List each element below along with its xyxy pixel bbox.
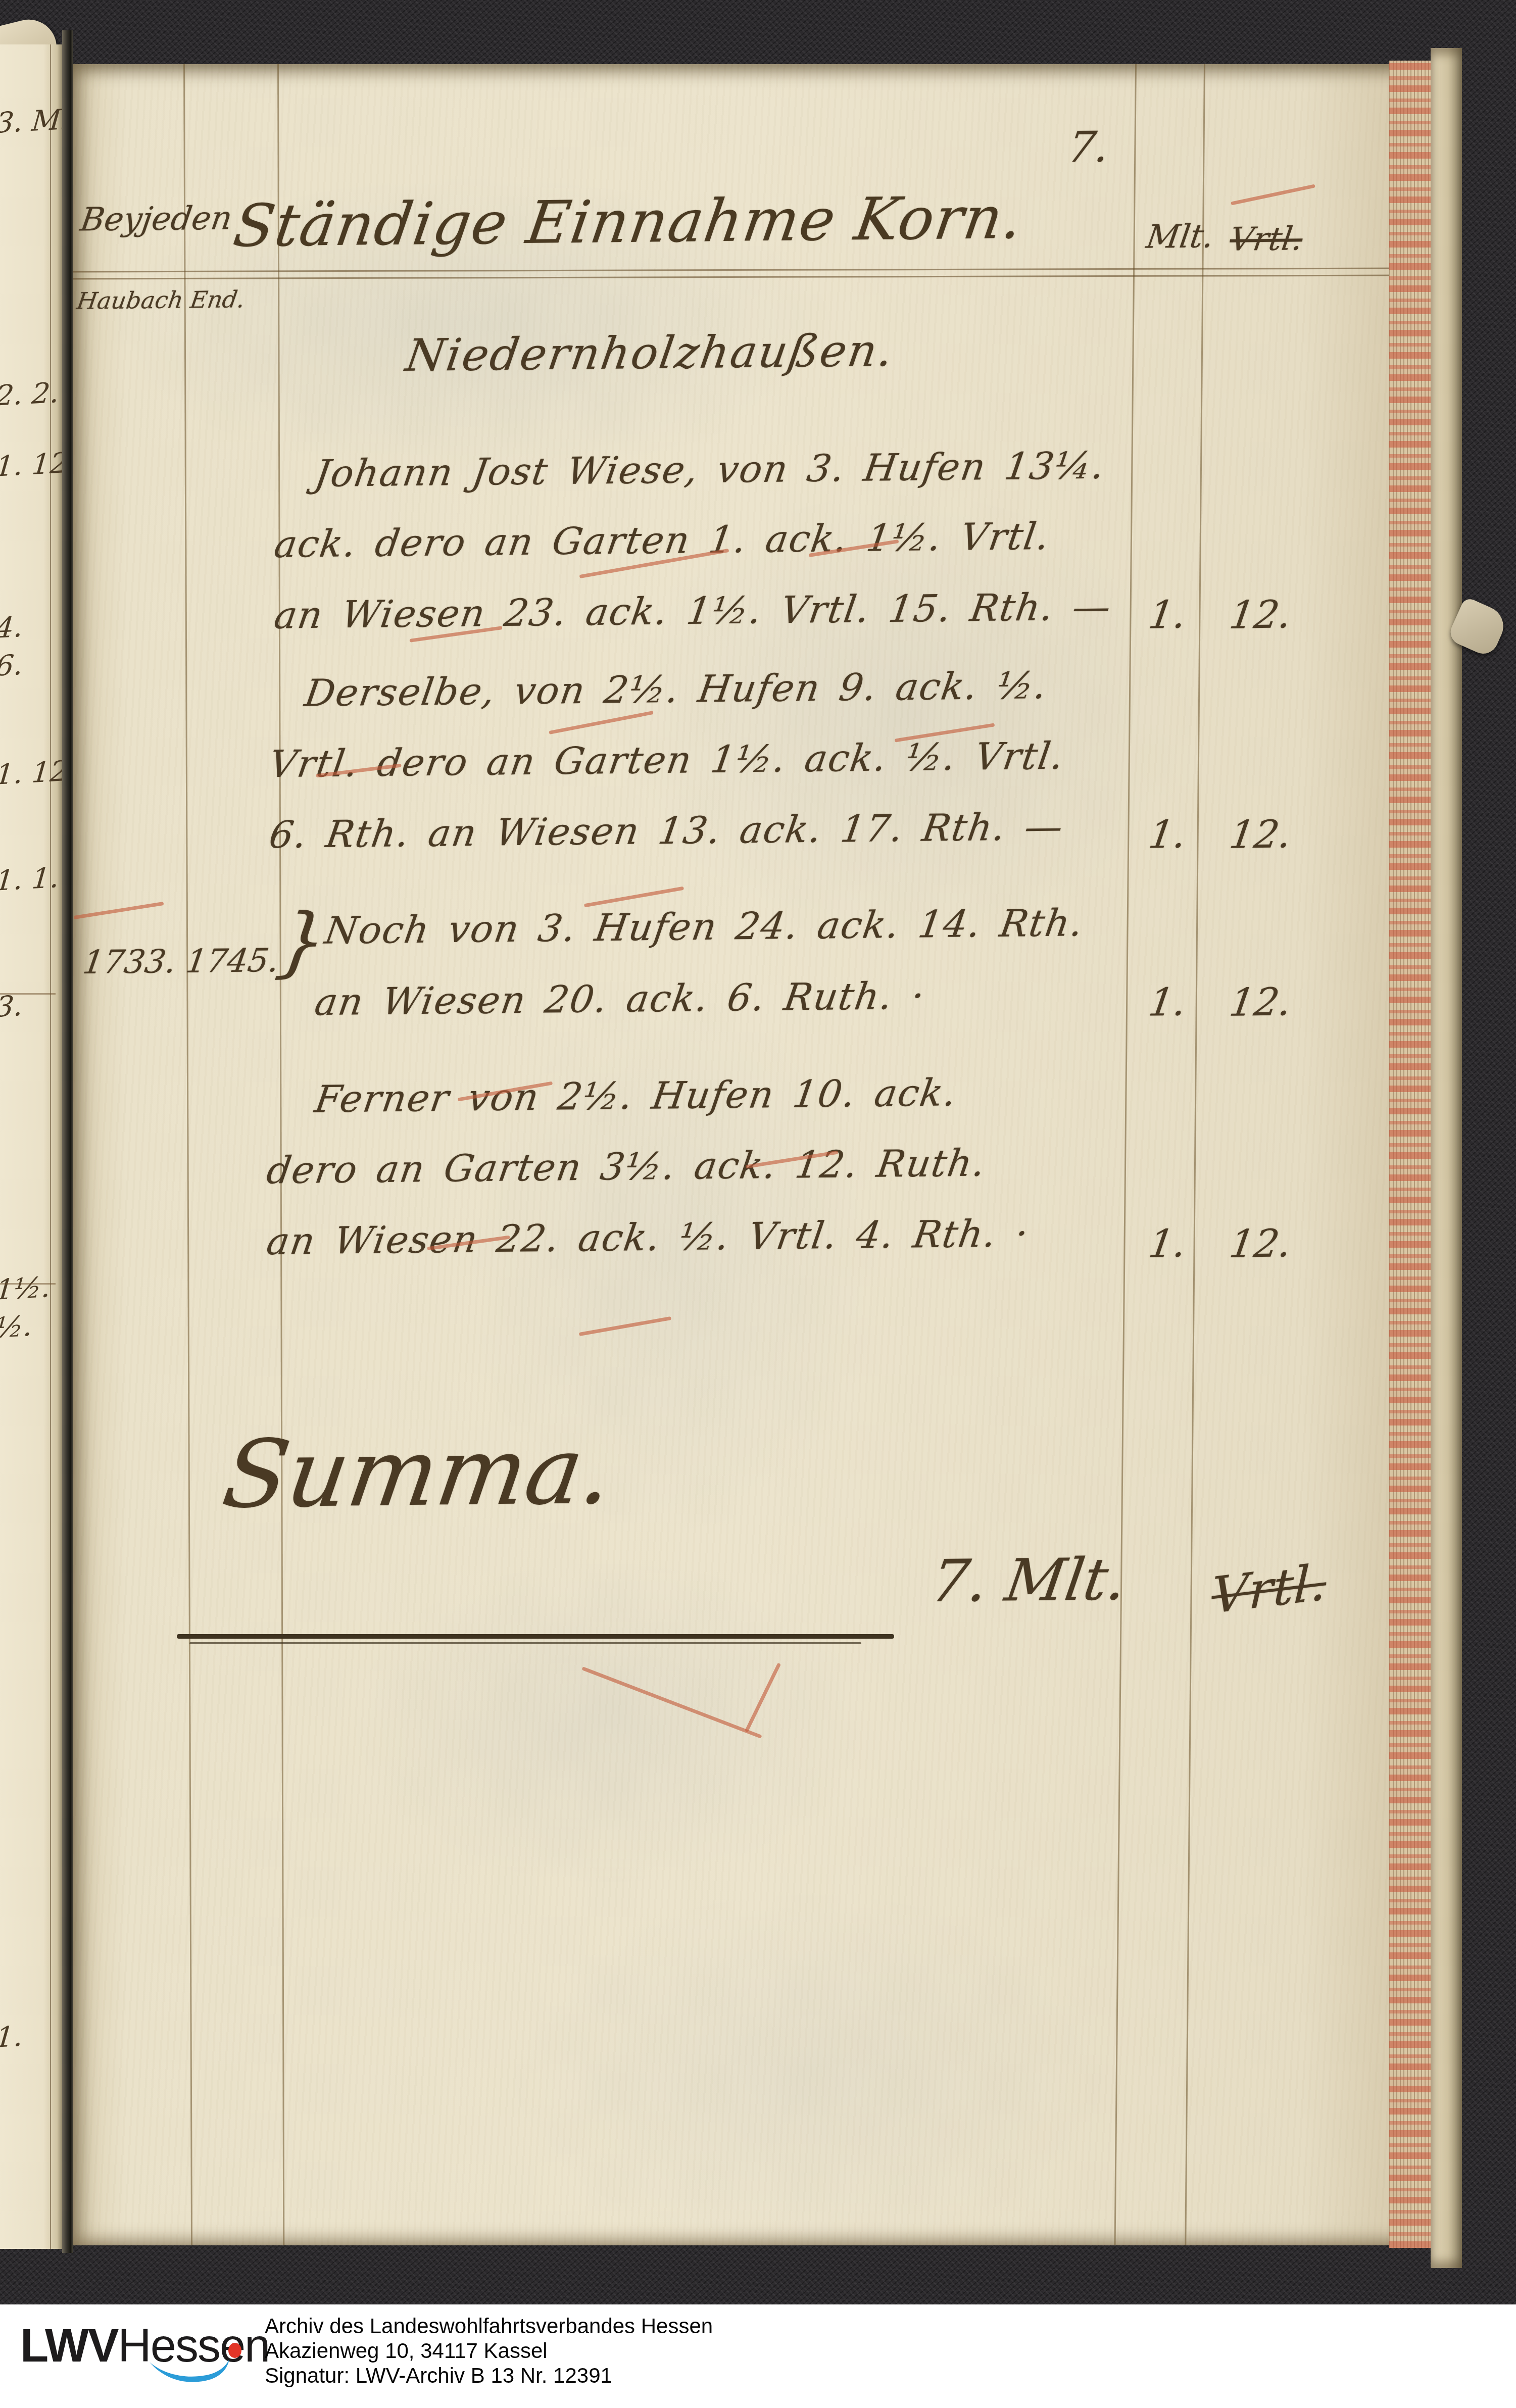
prev-page-value: 3. Mlt. 6. [0, 103, 62, 139]
margin-rule-left-1 [183, 64, 192, 2245]
prev-page-value: 6. [0, 646, 62, 682]
previous-page-rule-line [50, 44, 51, 2249]
entry-line: an Wiesen 20. ack. 6. Ruth. · [312, 974, 928, 1024]
folio-number: 7. [1065, 122, 1113, 172]
chalk-cross-mark [581, 1666, 762, 1739]
entry-line: Johann Jost Wiese, von 3. Hufen 13¼. [312, 444, 1108, 496]
logo-red-dot-icon [228, 2343, 241, 2358]
entry-line: Derselbe, von 2½. Hufen 9. ack. ½. [302, 664, 1050, 715]
page-fold-shadow [62, 30, 73, 2253]
column-header-mlt: Mlt. [1144, 218, 1216, 256]
prev-page-value: 1. 12. [0, 447, 62, 483]
entry-line: 6. Rth. an Wiesen 13. ack. 17. Rth. — [266, 805, 1066, 857]
summa-label: Summa. [216, 1416, 620, 1529]
fore-edge-red-sprinkle [1389, 61, 1431, 2248]
page-title: Ständige Einnahme Korn. [229, 184, 1028, 260]
summa-total-mlt: 7. Mlt. [927, 1546, 1131, 1615]
prev-page-value: 1. 12. [0, 755, 62, 791]
previous-page-edge: 3. Mlt. 6. 2. 2. 1. 12. 4. 6. 1. 12. 1. … [0, 44, 62, 2249]
entry-amount-vrtl: 12. [1227, 592, 1294, 637]
entry-line: dero an Garten 3½. ack. 12. Ruth. [264, 1142, 989, 1193]
chalk-mark [584, 887, 684, 908]
prev-page-value: 4. [0, 608, 62, 645]
margin-header: Beyjeden [78, 200, 234, 238]
entry-amount-vrtl: 12. [1227, 811, 1294, 857]
chalk-mark [549, 711, 653, 734]
title-underline-2 [73, 275, 1409, 280]
prev-page-value: ½. [0, 1308, 62, 1344]
entry-amount-vrtl: 12. [1227, 979, 1294, 1024]
entry-line: Vrtl. dero an Garten 1½. ack. ½. Vrtl. [266, 734, 1067, 786]
summa-total-line [177, 1634, 894, 1639]
chalk-mark [74, 902, 164, 919]
title-underline-1 [73, 268, 1409, 273]
margin-header-sub: Haubach End. [75, 285, 247, 314]
entry-margin-years: 1733. 1745. [80, 942, 281, 981]
prev-page-value: 2. 2. [0, 376, 62, 412]
archive-name: Archiv des Landeswohlfahrtsverbandes Hes… [265, 2314, 713, 2338]
archive-info: Archiv des Landeswohlfahrtsverbandes Hes… [265, 2314, 713, 2388]
entry-line: Noch von 3. Hufen 24. ack. 14. Rth. [322, 901, 1087, 953]
summa-total-vrtl-struck: Vrtl. [1211, 1553, 1328, 1625]
entry-amount-mlt: 1. [1146, 812, 1189, 857]
archive-address: Akazienweg 10, 34117 Kassel [265, 2338, 713, 2363]
archive-signature: Signatur: LWV-Archiv B 13 Nr. 12391 [265, 2363, 713, 2388]
footer-bar: LWVHessen Archiv des Landeswohlfahrtsver… [0, 2304, 1516, 2408]
manuscript-page: 7. Ständige Einnahme Korn. Mlt. Vrtl. Be… [73, 64, 1409, 2245]
entry-line: Ferner von 2½. Hufen 10. ack. [312, 1071, 960, 1121]
chalk-mark [1231, 184, 1315, 205]
entry-line: ack. dero an Garten 1. ack. 1½. Vrtl. [271, 515, 1053, 566]
entry-amount-mlt: 1. [1146, 592, 1189, 637]
prev-page-tick [0, 1283, 56, 1285]
prev-page-value: 1½. [0, 1270, 62, 1306]
prev-page-value: 1. 1. [0, 861, 62, 897]
amount-rule-mlt [1114, 64, 1137, 2245]
prev-page-value: 1. [0, 2018, 62, 2054]
section-heading: Niedernholzhaußen. [403, 324, 898, 381]
summa-total-line-echo [189, 1642, 861, 1644]
chalk-cross-mark [745, 1663, 781, 1733]
amount-rule-vrtl [1185, 64, 1205, 2245]
logo-blue-swoosh-icon [149, 2357, 231, 2391]
column-header-vrtl: Vrtl. [1227, 220, 1305, 258]
archive-scan: 3. Mlt. 6. 2. 2. 1. 12. 4. 6. 1. 12. 1. … [0, 0, 1516, 2408]
prev-page-tick [0, 993, 56, 995]
logo-text-bold: LWV [20, 2320, 118, 2372]
entry-amount-mlt: 1. [1146, 979, 1189, 1025]
entry-line: an Wiesen 23. ack. 1½. Vrtl. 15. Rth. — [271, 585, 1114, 637]
entry-amount-mlt: 1. [1146, 1221, 1189, 1266]
entry-amount-vrtl: 12. [1227, 1220, 1294, 1266]
chalk-mark [579, 1316, 671, 1336]
entry-line: an Wiesen 22. ack. ½. Vrtl. 4. Rth. · [264, 1212, 1032, 1263]
parchment-binding-edge [1431, 48, 1462, 2268]
